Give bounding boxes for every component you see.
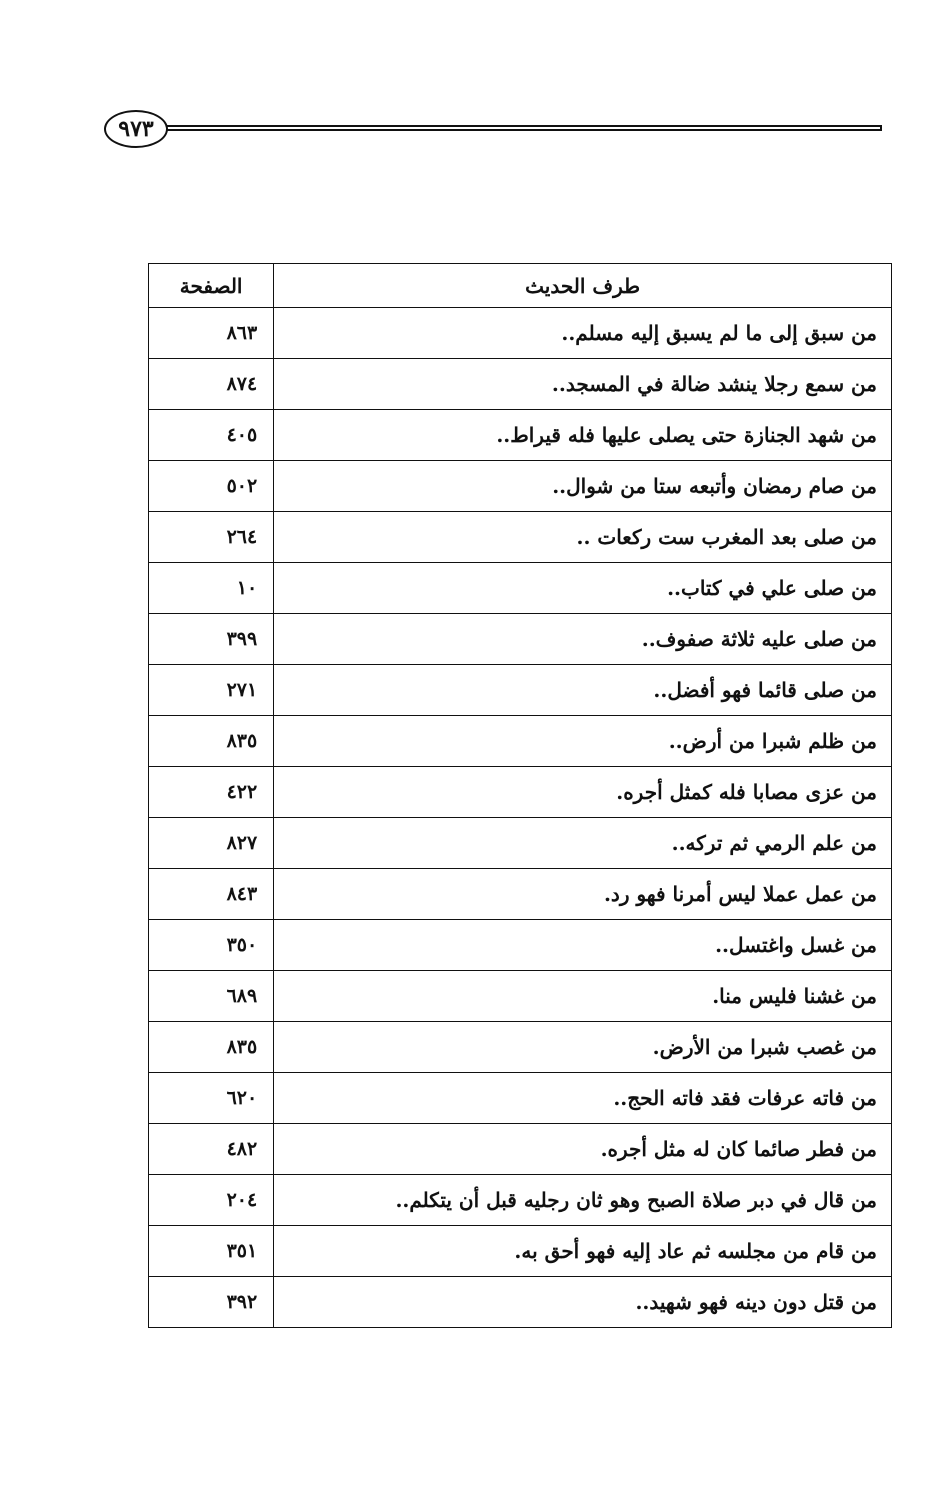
hadith-text: من شهد الجنازة حتى يصلى عليها فله قيراط.… xyxy=(274,410,892,461)
table-header-row: طرف الحديث الصفحة xyxy=(149,264,892,308)
table-row: من صلى قائما فهو أفضل.. ٢٧١ xyxy=(149,665,892,716)
hadith-text: من عمل عملا ليس أمرنا فهو رد. xyxy=(274,869,892,920)
hadith-text: من قال في دبر صلاة الصبح وهو ثان رجليه ق… xyxy=(274,1175,892,1226)
page-ref: ٨٧٤ xyxy=(149,359,274,410)
page-ref: ٢٧١ xyxy=(149,665,274,716)
hadith-text: من صام رمضان وأتبعه ستا من شوال.. xyxy=(274,461,892,512)
page-ref: ٤٠٥ xyxy=(149,410,274,461)
column-header-hadith: طرف الحديث xyxy=(274,264,892,308)
table-row: من ظلم شبرا من أرض.. ٨٣٥ xyxy=(149,716,892,767)
hadith-text: من غصب شبرا من الأرض. xyxy=(274,1022,892,1073)
page-ref: ٦٢٠ xyxy=(149,1073,274,1124)
hadith-text: من غشنا فليس منا. xyxy=(274,971,892,1022)
table-row: من سمع رجلا ينشد ضالة في المسجد.. ٨٧٤ xyxy=(149,359,892,410)
table-row: من غسل واغتسل.. ٣٥٠ xyxy=(149,920,892,971)
hadith-text: من فاته عرفات فقد فاته الحج.. xyxy=(274,1073,892,1124)
page-ref: ٣٥٠ xyxy=(149,920,274,971)
hadith-index-table: طرف الحديث الصفحة من سبق إلى ما لم يسبق … xyxy=(148,263,892,1328)
page-ref: ٨٦٣ xyxy=(149,308,274,359)
page-ref: ٣٩٢ xyxy=(149,1277,274,1328)
hadith-text: من علم الرمي ثم تركه.. xyxy=(274,818,892,869)
page-ref: ٢٦٤ xyxy=(149,512,274,563)
table-row: من قال في دبر صلاة الصبح وهو ثان رجليه ق… xyxy=(149,1175,892,1226)
header-rule xyxy=(160,125,882,131)
hadith-text: من غسل واغتسل.. xyxy=(274,920,892,971)
table-row: من شهد الجنازة حتى يصلى عليها فله قيراط.… xyxy=(149,410,892,461)
page-ref: ١٠ xyxy=(149,563,274,614)
page-ref: ٨٢٧ xyxy=(149,818,274,869)
hadith-text: من سبق إلى ما لم يسبق إليه مسلم.. xyxy=(274,308,892,359)
hadith-text: من عزى مصابا فله كمثل أجره. xyxy=(274,767,892,818)
hadith-text: من صلى عليه ثلاثة صفوف.. xyxy=(274,614,892,665)
table-row: من عزى مصابا فله كمثل أجره. ٤٢٢ xyxy=(149,767,892,818)
page-ref: ٤٨٢ xyxy=(149,1124,274,1175)
table-row: من صام رمضان وأتبعه ستا من شوال.. ٥٠٢ xyxy=(149,461,892,512)
hadith-text: من قام من مجلسه ثم عاد إليه فهو أحق به. xyxy=(274,1226,892,1277)
page-ref: ٥٠٢ xyxy=(149,461,274,512)
table-row: من صلى علي في كتاب.. ١٠ xyxy=(149,563,892,614)
page-number-badge: ٩٧٣ xyxy=(104,110,168,148)
page-ref: ٦٨٩ xyxy=(149,971,274,1022)
table-row: من قام من مجلسه ثم عاد إليه فهو أحق به. … xyxy=(149,1226,892,1277)
table-row: من عمل عملا ليس أمرنا فهو رد. ٨٤٣ xyxy=(149,869,892,920)
hadith-text: من صلى قائما فهو أفضل.. xyxy=(274,665,892,716)
page-ref: ٨٣٥ xyxy=(149,1022,274,1073)
hadith-text: من صلى علي في كتاب.. xyxy=(274,563,892,614)
table-row: من قتل دون دينه فهو شهيد.. ٣٩٢ xyxy=(149,1277,892,1328)
table-row: من علم الرمي ثم تركه.. ٨٢٧ xyxy=(149,818,892,869)
table-row: من صلى بعد المغرب ست ركعات .. ٢٦٤ xyxy=(149,512,892,563)
page-ref: ٨٣٥ xyxy=(149,716,274,767)
table-row: من سبق إلى ما لم يسبق إليه مسلم.. ٨٦٣ xyxy=(149,308,892,359)
hadith-text: من قتل دون دينه فهو شهيد.. xyxy=(274,1277,892,1328)
page-ref: ٣٩٩ xyxy=(149,614,274,665)
table-row: من فاته عرفات فقد فاته الحج.. ٦٢٠ xyxy=(149,1073,892,1124)
table-row: من فطر صائما كان له مثل أجره. ٤٨٢ xyxy=(149,1124,892,1175)
table-row: من غشنا فليس منا. ٦٨٩ xyxy=(149,971,892,1022)
page-ref: ٤٢٢ xyxy=(149,767,274,818)
hadith-text: من فطر صائما كان له مثل أجره. xyxy=(274,1124,892,1175)
table-row: من غصب شبرا من الأرض. ٨٣٥ xyxy=(149,1022,892,1073)
table-row: من صلى عليه ثلاثة صفوف.. ٣٩٩ xyxy=(149,614,892,665)
page-ref: ٢٠٤ xyxy=(149,1175,274,1226)
hadith-text: من ظلم شبرا من أرض.. xyxy=(274,716,892,767)
page-number: ٩٧٣ xyxy=(118,118,153,140)
column-header-page: الصفحة xyxy=(149,264,274,308)
hadith-text: من صلى بعد المغرب ست ركعات .. xyxy=(274,512,892,563)
page-ref: ٣٥١ xyxy=(149,1226,274,1277)
page-ref: ٨٤٣ xyxy=(149,869,274,920)
hadith-text: من سمع رجلا ينشد ضالة في المسجد.. xyxy=(274,359,892,410)
